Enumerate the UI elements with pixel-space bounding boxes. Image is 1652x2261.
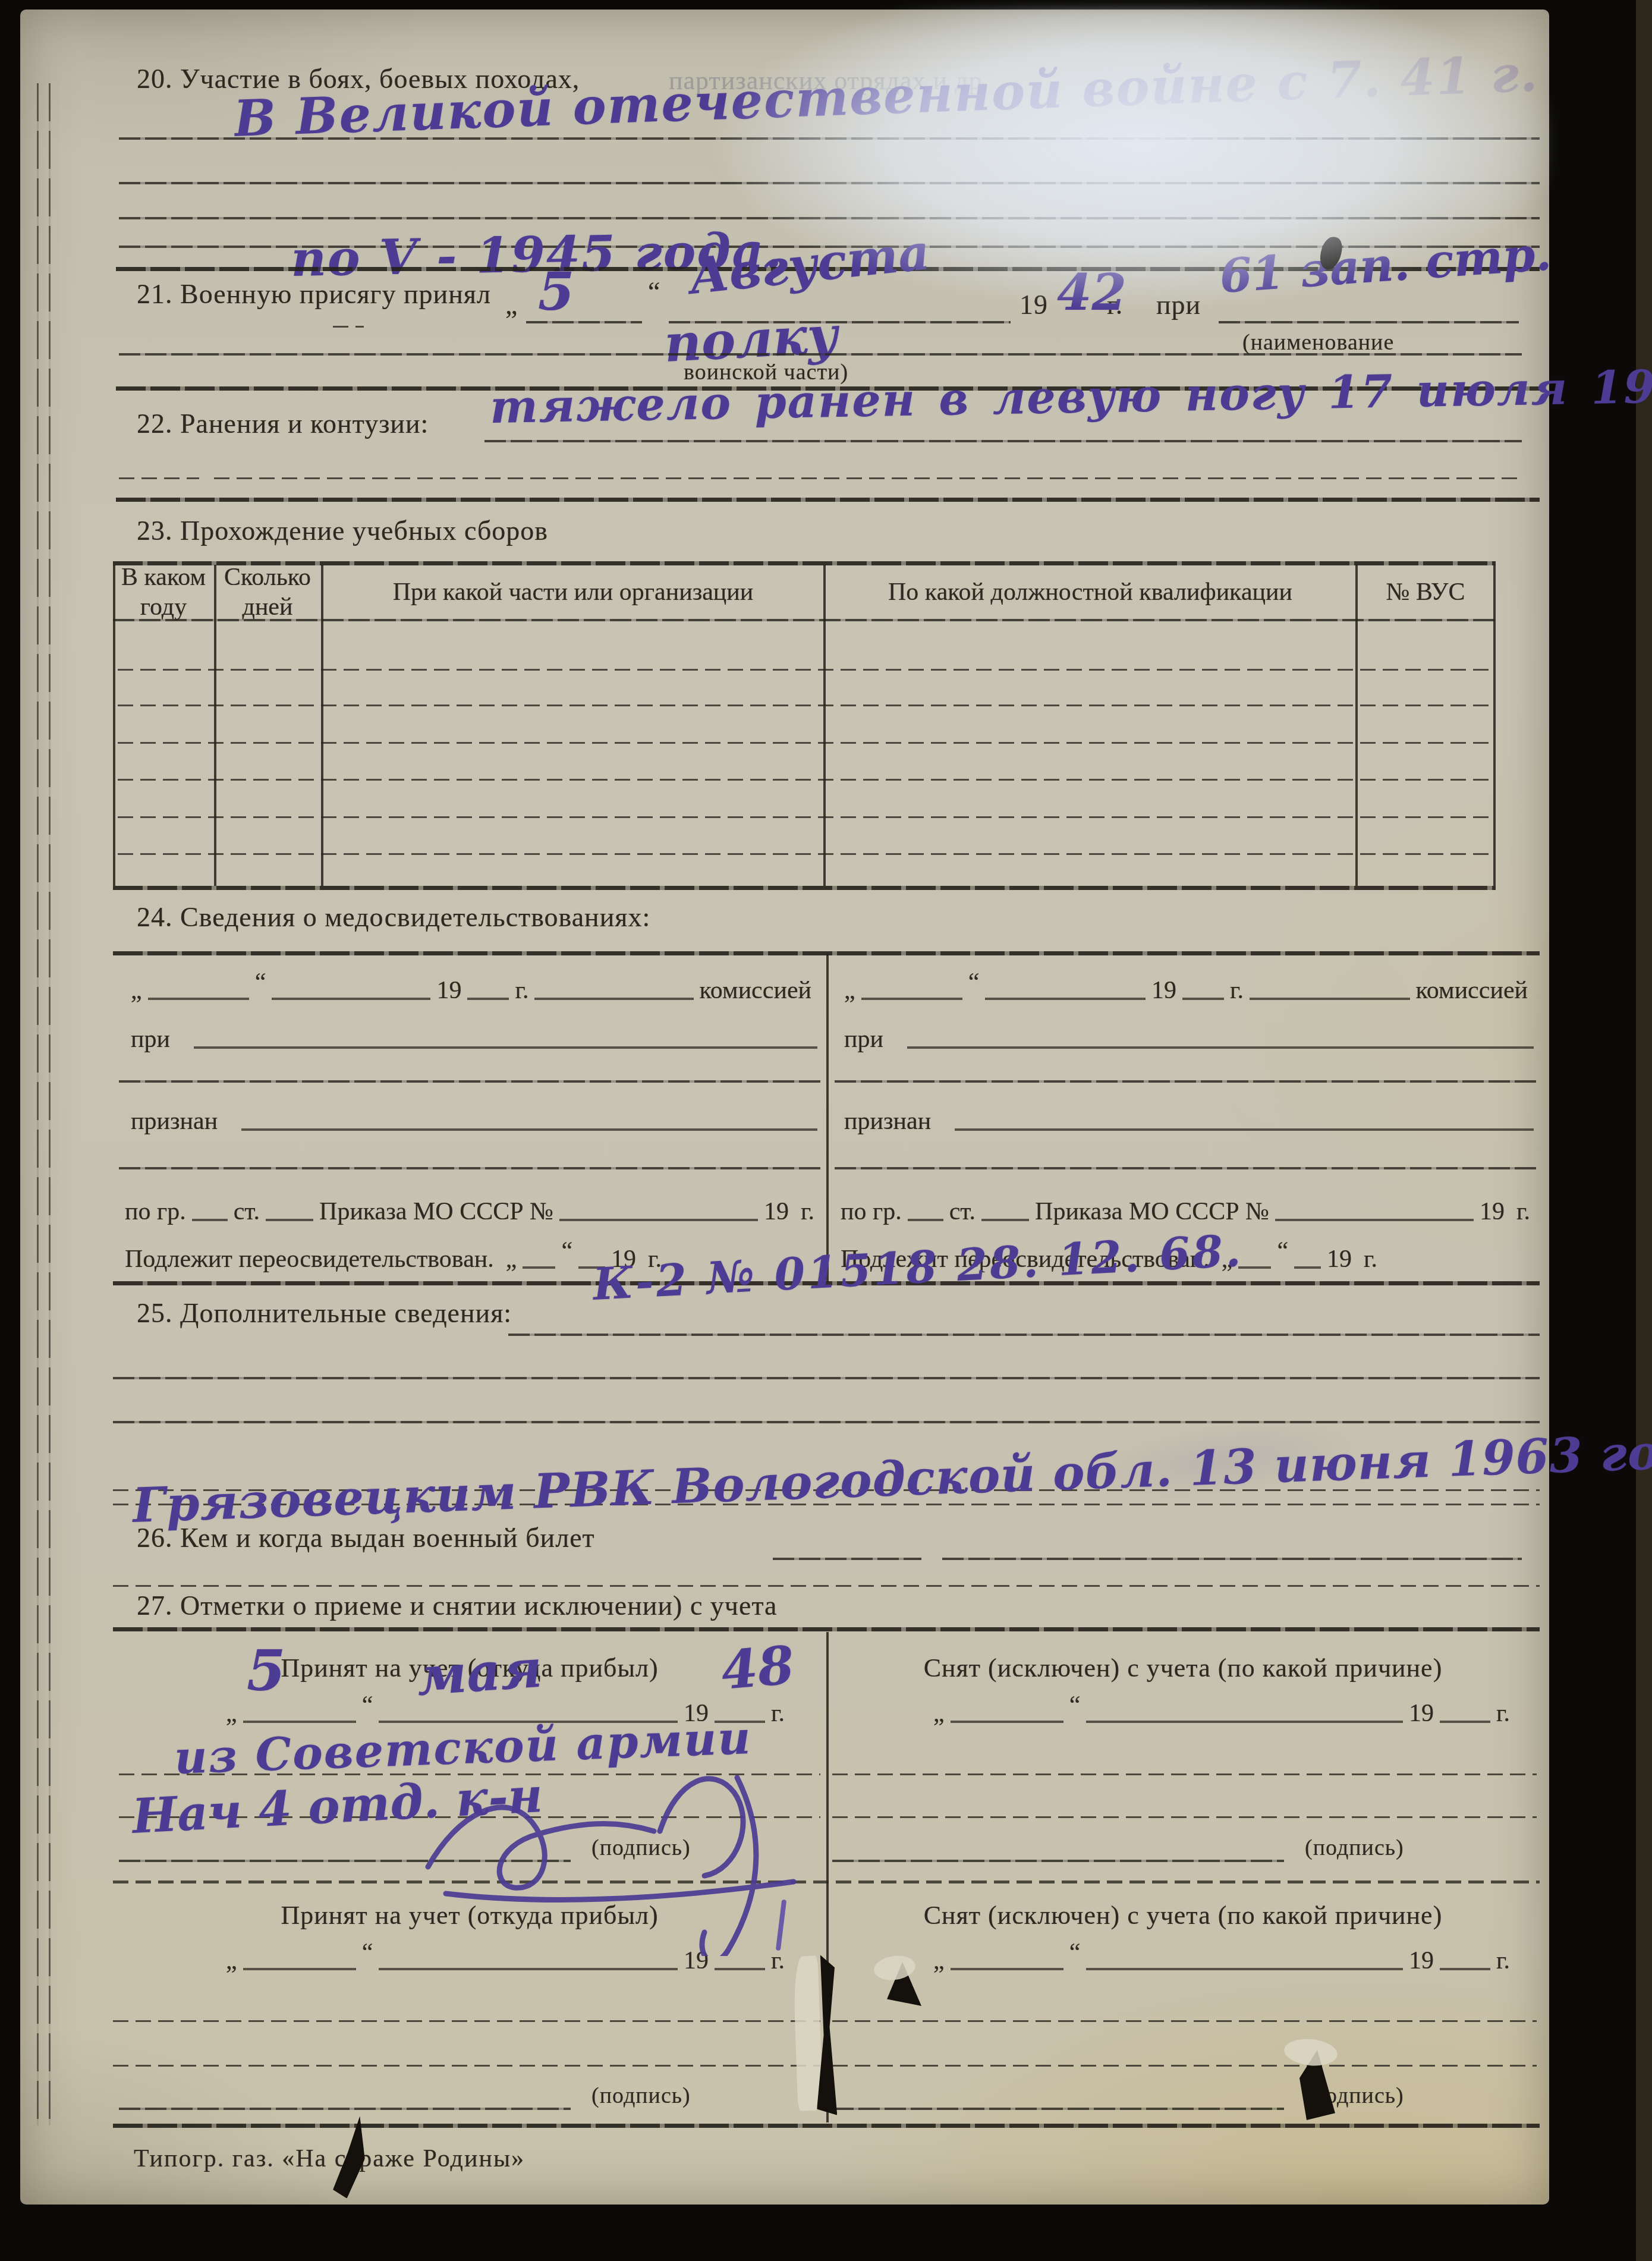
st-label: ст. (228, 1199, 266, 1225)
col-header-qualification: По какой должностной квалификации (882, 567, 1298, 617)
quote-close: “ (1063, 1939, 1087, 1966)
fill-line (1440, 1968, 1490, 1970)
fill-line (194, 1046, 817, 1049)
med-left-date-row: „ “ 19 г. комиссией (125, 969, 817, 1004)
table-vline (321, 565, 323, 886)
quote-close: “ (356, 1692, 379, 1718)
year-suffix: г. (509, 977, 534, 1004)
year-prefix: 19 (758, 1199, 795, 1225)
signature-line (119, 2108, 571, 2110)
signature-line (832, 2108, 1284, 2110)
quote-close: “ (1063, 1692, 1087, 1718)
year-suffix: г. (1490, 1700, 1516, 1727)
year-prefix: 19 (1403, 1948, 1440, 1974)
section22-label: 22. Ранения и контузии: (137, 409, 429, 439)
quote-open: „ (838, 977, 861, 1004)
ruled-line (113, 1377, 1540, 1379)
ruled-line (119, 1080, 820, 1083)
fill-line (1086, 1721, 1403, 1723)
priznan-label: признан (125, 1108, 224, 1134)
ruled-line (113, 1585, 1540, 1587)
handwriting-oath-year: 42 (1057, 263, 1126, 322)
table-row-line (118, 705, 1491, 706)
year-suffix: г. (795, 1199, 820, 1225)
signature-flourish (404, 1742, 808, 1956)
ruled-line (113, 2020, 820, 2022)
table-border-bottom (113, 886, 1496, 890)
table-vline (1493, 565, 1496, 886)
fill-line (559, 1219, 758, 1221)
podpis-caption: (подпись) (1305, 1836, 1404, 1861)
fill-line (484, 440, 1522, 442)
fill-line (148, 998, 249, 1000)
quote-open: „ (927, 1700, 951, 1727)
fill-line (1294, 1266, 1321, 1269)
left-margin-rule-inner (49, 83, 51, 2125)
table-header-underline (113, 619, 1496, 621)
fill-line (508, 1334, 1540, 1336)
fill-line (272, 998, 430, 1000)
year-suffix: г. (1511, 1199, 1536, 1225)
po-gr-label: по гр. (835, 1199, 908, 1225)
fill-line (955, 1128, 1534, 1131)
table-row-line (118, 853, 1491, 855)
ruled-line (119, 1167, 820, 1169)
year-prefix: 19 (1146, 977, 1182, 1004)
block-divider (826, 954, 829, 1282)
fill-line (1275, 1219, 1474, 1221)
fill-line (1250, 998, 1410, 1000)
handwriting-underline-mark (333, 326, 364, 328)
quote-close: “ (648, 277, 660, 307)
row-divider (113, 1881, 1540, 1883)
podlezhit-label: Подлежит переосвидетельствован. (119, 1246, 500, 1272)
quote-open: „ (927, 1948, 951, 1974)
ruled-line (832, 1816, 1537, 1818)
scanned-document-page: 20. Участие в боях, боевых походах, парт… (0, 0, 1652, 2261)
fill-line (951, 1721, 1063, 1723)
fill-line (266, 1219, 313, 1221)
adjacent-page-edge (1636, 0, 1652, 2261)
year-prefix: 19 (430, 977, 467, 1004)
table-row-line (118, 779, 1491, 781)
handwriting-oath-day: 5 (538, 260, 574, 322)
table-vline (823, 565, 826, 886)
ruled-line (119, 217, 1540, 219)
quote-close: “ (1271, 1238, 1294, 1264)
quote-close: “ (356, 1939, 379, 1966)
ruled-line (832, 2020, 1537, 2022)
fill-line (985, 998, 1146, 1000)
fill-line (942, 1558, 1522, 1560)
print-house-imprint: Типогр. газ. «На страже Родины» (134, 2145, 525, 2172)
quote-open: „ (220, 1700, 243, 1727)
quote-close: “ (249, 969, 272, 995)
komissiey-label: комиссией (1410, 977, 1534, 1004)
ruled-line (119, 353, 1522, 356)
med-right-priznan-row: признан (838, 1100, 1534, 1134)
priznan-label: признан (838, 1108, 937, 1134)
fill-line (981, 1219, 1029, 1221)
col-header-year: В каком году (115, 567, 212, 617)
year-prefix: 19 (1321, 1246, 1358, 1272)
med-right-pri-row: при (838, 1018, 1534, 1052)
ruled-line (119, 182, 1540, 184)
po-gr-label: по гр. (119, 1199, 192, 1225)
fill-line (1086, 1968, 1403, 1970)
table-row-line (118, 669, 1491, 671)
handwriting-accept-month: мая (415, 1637, 544, 1707)
section-divider (116, 498, 1540, 502)
col-header-unit: При какой части или организации (368, 567, 778, 617)
fill-line (1182, 998, 1224, 1000)
fill-line (861, 998, 962, 1000)
remove-date-row-1: „ “ 19 г. (927, 1692, 1516, 1727)
fill-line (243, 1968, 356, 1970)
section23-label: 23. Прохождение учебных сборов (137, 516, 548, 546)
col-header-days: Сколько дней (216, 567, 319, 617)
table-row-line (118, 816, 1491, 818)
fill-line (523, 1266, 555, 1269)
quote-open: „ (220, 1948, 243, 1974)
left-margin-rule-outer (37, 83, 39, 2125)
year-suffix: г. (1490, 1948, 1516, 1974)
st-label: ст. (943, 1199, 981, 1225)
med-left-pri-row: при (125, 1018, 817, 1052)
handwriting-accept-day: 5 (247, 1639, 285, 1704)
podpis-caption: (подпись) (591, 2084, 691, 2109)
fill-line (907, 1046, 1534, 1049)
remove-date-row-2: „ “ 19 г. (927, 1939, 1516, 1974)
ruled-line (214, 477, 1522, 479)
fill-line (773, 1558, 921, 1560)
med-left-order-row: по гр. ст. Приказа МО СССР № 19 г. (119, 1190, 820, 1225)
year-suffix: г. (765, 1700, 791, 1727)
fill-line (715, 1968, 765, 1970)
section21-label: 21. Военную присягу принял (137, 279, 491, 310)
table-border-bottom (113, 2124, 1540, 2128)
ruled-line (113, 2065, 820, 2067)
prikaz-label: Приказа МО СССР № (313, 1199, 559, 1225)
med-right-date-row: „ “ 19 г. комиссией (838, 969, 1534, 1004)
fill-line (243, 1721, 356, 1723)
fill-line (951, 1968, 1063, 1970)
training-camps-table: В каком году Сколько дней При какой част… (113, 561, 1496, 890)
year-suffix: г. (1358, 1246, 1383, 1272)
pri-label: при (125, 1026, 176, 1052)
quote-open: „ (500, 1246, 523, 1272)
year-suffix: г. (1224, 977, 1250, 1004)
year-prefix: 19 (1403, 1700, 1440, 1727)
col-header-vus: № ВУС (1358, 567, 1493, 617)
year-prefix: 19 (1474, 1199, 1511, 1225)
prikaz-label: Приказа МО СССР № (1029, 1199, 1275, 1225)
fill-line (908, 1219, 943, 1221)
fill-line (1440, 1721, 1490, 1723)
fill-line (192, 1219, 228, 1221)
med-left-priznan-row: признан (125, 1100, 817, 1134)
quote-open: „ (505, 290, 518, 320)
pri-label: при (1156, 290, 1201, 320)
section25-label: 25. Дополнительные сведения: (137, 1298, 512, 1329)
section27-label: 27. Отметки о приеме и снятии исключении… (137, 1591, 777, 1621)
fill-line (1219, 321, 1519, 323)
table-row-line (118, 742, 1491, 744)
fill-line (241, 1128, 817, 1131)
remove-header-1: Снят (исключен) с учета (по какой причин… (832, 1654, 1534, 1683)
caption-naimenovanie: (наименование (1242, 331, 1394, 356)
ruled-line (832, 1773, 1537, 1775)
remove-header-2: Снят (исключен) с учета (по какой причин… (832, 1901, 1534, 1930)
quote-open: „ (125, 977, 148, 1004)
ruled-line (119, 477, 199, 479)
komissiey-label: комиссией (694, 977, 817, 1004)
quote-close: “ (555, 1238, 578, 1264)
table-border-top (113, 561, 1496, 565)
fill-line (534, 998, 693, 1000)
quote-close: “ (962, 969, 986, 995)
ruled-line (835, 1167, 1536, 1169)
ruled-line (832, 2065, 1537, 2067)
med-right-order-row: по гр. ст. Приказа МО СССР № 19 г. (835, 1190, 1536, 1225)
handwriting-accept-year: 48 (719, 1634, 797, 1702)
ruled-line (835, 1080, 1536, 1083)
fill-line (467, 998, 509, 1000)
fill-line (379, 1968, 678, 1970)
pri-label: при (838, 1026, 889, 1052)
signature-line (832, 1860, 1284, 1862)
table-border-top (113, 1627, 1540, 1631)
section24-label: 24. Сведения о медосвидетельствованиях: (137, 902, 650, 933)
year-prefix: 19 (1019, 290, 1048, 320)
